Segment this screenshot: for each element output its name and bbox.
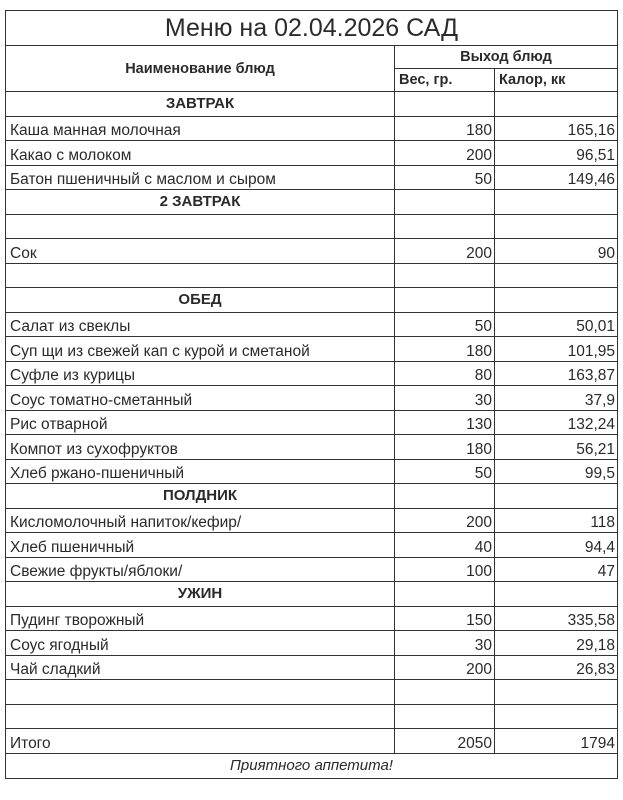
section-row: ПОЛДНИК	[6, 484, 618, 509]
dish-row: Пудинг творожный150335,58	[6, 606, 618, 631]
footer-text: Приятного аппетита!	[6, 753, 618, 778]
calories-cell: 99,5	[495, 459, 618, 484]
weight-cell	[395, 214, 495, 239]
section-row: УЖИН	[6, 582, 618, 607]
weight-cell	[395, 190, 495, 215]
calories-cell: 1794	[495, 729, 618, 754]
output-group-header: Выход блюд	[395, 46, 618, 69]
section-title: ПОЛДНИК	[6, 484, 395, 509]
calories-cell	[495, 190, 618, 215]
weight-cell: 30	[395, 631, 495, 656]
section-row: 2 ЗАВТРАК	[6, 190, 618, 215]
dish-row: Каша манная молочная180165,16	[6, 116, 618, 141]
dish-row: Салат из свеклы5050,01	[6, 312, 618, 337]
dish-name: Свежие фрукты/яблоки/	[6, 557, 395, 582]
dish-name	[6, 704, 395, 729]
dish-name: Сок	[6, 239, 395, 264]
calories-cell	[495, 288, 618, 313]
empty-row	[6, 214, 618, 239]
dish-name: Хлеб ржано-пшеничный	[6, 459, 395, 484]
calories-header: Калор, кк	[495, 69, 618, 92]
weight-cell: 40	[395, 533, 495, 558]
section-title: ЗАВТРАК	[6, 92, 395, 117]
dish-row: Рис отварной130132,24	[6, 410, 618, 435]
weight-cell: 80	[395, 361, 495, 386]
weight-cell: 150	[395, 606, 495, 631]
weight-cell: 200	[395, 655, 495, 680]
calories-cell: 101,95	[495, 337, 618, 362]
dish-row: Какао с молоком20096,51	[6, 141, 618, 166]
weight-cell: 50	[395, 459, 495, 484]
weight-cell: 100	[395, 557, 495, 582]
dish-row: Суфле из курицы80163,87	[6, 361, 618, 386]
calories-cell	[495, 582, 618, 607]
calories-cell: 56,21	[495, 435, 618, 460]
calories-cell: 50,01	[495, 312, 618, 337]
weight-cell	[395, 92, 495, 117]
dish-name: Рис отварной	[6, 410, 395, 435]
calories-cell	[495, 680, 618, 705]
dish-name: Итого	[6, 729, 395, 754]
weight-cell: 180	[395, 116, 495, 141]
dish-row: Соус томатно-сметанный3037,9	[6, 386, 618, 411]
title-row: Меню на 02.04.2026 САД	[6, 11, 618, 46]
calories-cell: 96,51	[495, 141, 618, 166]
weight-cell	[395, 680, 495, 705]
weight-cell: 200	[395, 508, 495, 533]
weight-header: Вес, гр.	[395, 69, 495, 92]
dish-name: Соус ягодный	[6, 631, 395, 656]
calories-cell: 90	[495, 239, 618, 264]
dish-row: Батон пшеничный с маслом и сыром50149,46	[6, 165, 618, 190]
dish-row: Хлеб ржано-пшеничный5099,5	[6, 459, 618, 484]
dish-row: Сок20090	[6, 239, 618, 264]
dish-name: Суп щи из свежей кап с курой и сметаной	[6, 337, 395, 362]
page-title: Меню на 02.04.2026 САД	[6, 11, 618, 46]
weight-cell: 130	[395, 410, 495, 435]
empty-row	[6, 680, 618, 705]
dish-row: Хлеб пшеничный4094,4	[6, 533, 618, 558]
calories-cell: 149,46	[495, 165, 618, 190]
dish-name	[6, 214, 395, 239]
menu-body: ЗАВТРАККаша манная молочная180165,16Кака…	[6, 92, 618, 754]
dish-row: Компот из сухофруктов18056,21	[6, 435, 618, 460]
dish-name: Соус томатно-сметанный	[6, 386, 395, 411]
calories-cell: 29,18	[495, 631, 618, 656]
section-row: ОБЕД	[6, 288, 618, 313]
dish-name: Чай сладкий	[6, 655, 395, 680]
dish-name	[6, 680, 395, 705]
weight-cell	[395, 263, 495, 288]
section-title: ОБЕД	[6, 288, 395, 313]
menu-sheet: Меню на 02.04.2026 САД Наименование блюд…	[5, 10, 617, 779]
weight-cell: 50	[395, 165, 495, 190]
weight-cell: 180	[395, 337, 495, 362]
total-row: Итого20501794	[6, 729, 618, 754]
dish-name: Суфле из курицы	[6, 361, 395, 386]
dish-name	[6, 263, 395, 288]
dish-name: Кисломолочный напиток/кефир/	[6, 508, 395, 533]
footer-row: Приятного аппетита!	[6, 753, 618, 778]
dish-row: Суп щи из свежей кап с курой и сметаной1…	[6, 337, 618, 362]
dish-name: Батон пшеничный с маслом и сыром	[6, 165, 395, 190]
weight-cell: 200	[395, 141, 495, 166]
weight-cell: 2050	[395, 729, 495, 754]
calories-cell: 37,9	[495, 386, 618, 411]
dish-name: Пудинг творожный	[6, 606, 395, 631]
menu-table: Меню на 02.04.2026 САД Наименование блюд…	[5, 10, 618, 779]
calories-cell	[495, 92, 618, 117]
empty-row	[6, 263, 618, 288]
weight-cell: 200	[395, 239, 495, 264]
weight-cell: 180	[395, 435, 495, 460]
dish-row: Свежие фрукты/яблоки/10047	[6, 557, 618, 582]
dish-row: Кисломолочный напиток/кефир/200118	[6, 508, 618, 533]
calories-cell: 118	[495, 508, 618, 533]
weight-cell: 30	[395, 386, 495, 411]
dish-row: Соус ягодный3029,18	[6, 631, 618, 656]
section-title: 2 ЗАВТРАК	[6, 190, 395, 215]
weight-cell: 50	[395, 312, 495, 337]
calories-cell: 94,4	[495, 533, 618, 558]
calories-cell: 132,24	[495, 410, 618, 435]
section-title: УЖИН	[6, 582, 395, 607]
dish-name: Компот из сухофруктов	[6, 435, 395, 460]
header-row-1: Наименование блюд Выход блюд	[6, 46, 618, 69]
dish-name: Салат из свеклы	[6, 312, 395, 337]
weight-cell	[395, 704, 495, 729]
calories-cell: 26,83	[495, 655, 618, 680]
calories-cell	[495, 214, 618, 239]
dish-name: Каша манная молочная	[6, 116, 395, 141]
section-row: ЗАВТРАК	[6, 92, 618, 117]
empty-row	[6, 704, 618, 729]
calories-cell: 165,16	[495, 116, 618, 141]
calories-cell: 47	[495, 557, 618, 582]
dish-name: Какао с молоком	[6, 141, 395, 166]
dish-row: Чай сладкий20026,83	[6, 655, 618, 680]
calories-cell: 163,87	[495, 361, 618, 386]
weight-cell	[395, 582, 495, 607]
dish-name-header: Наименование блюд	[6, 46, 395, 92]
calories-cell	[495, 704, 618, 729]
calories-cell	[495, 263, 618, 288]
weight-cell	[395, 288, 495, 313]
calories-cell	[495, 484, 618, 509]
dish-name: Хлеб пшеничный	[6, 533, 395, 558]
calories-cell: 335,58	[495, 606, 618, 631]
weight-cell	[395, 484, 495, 509]
